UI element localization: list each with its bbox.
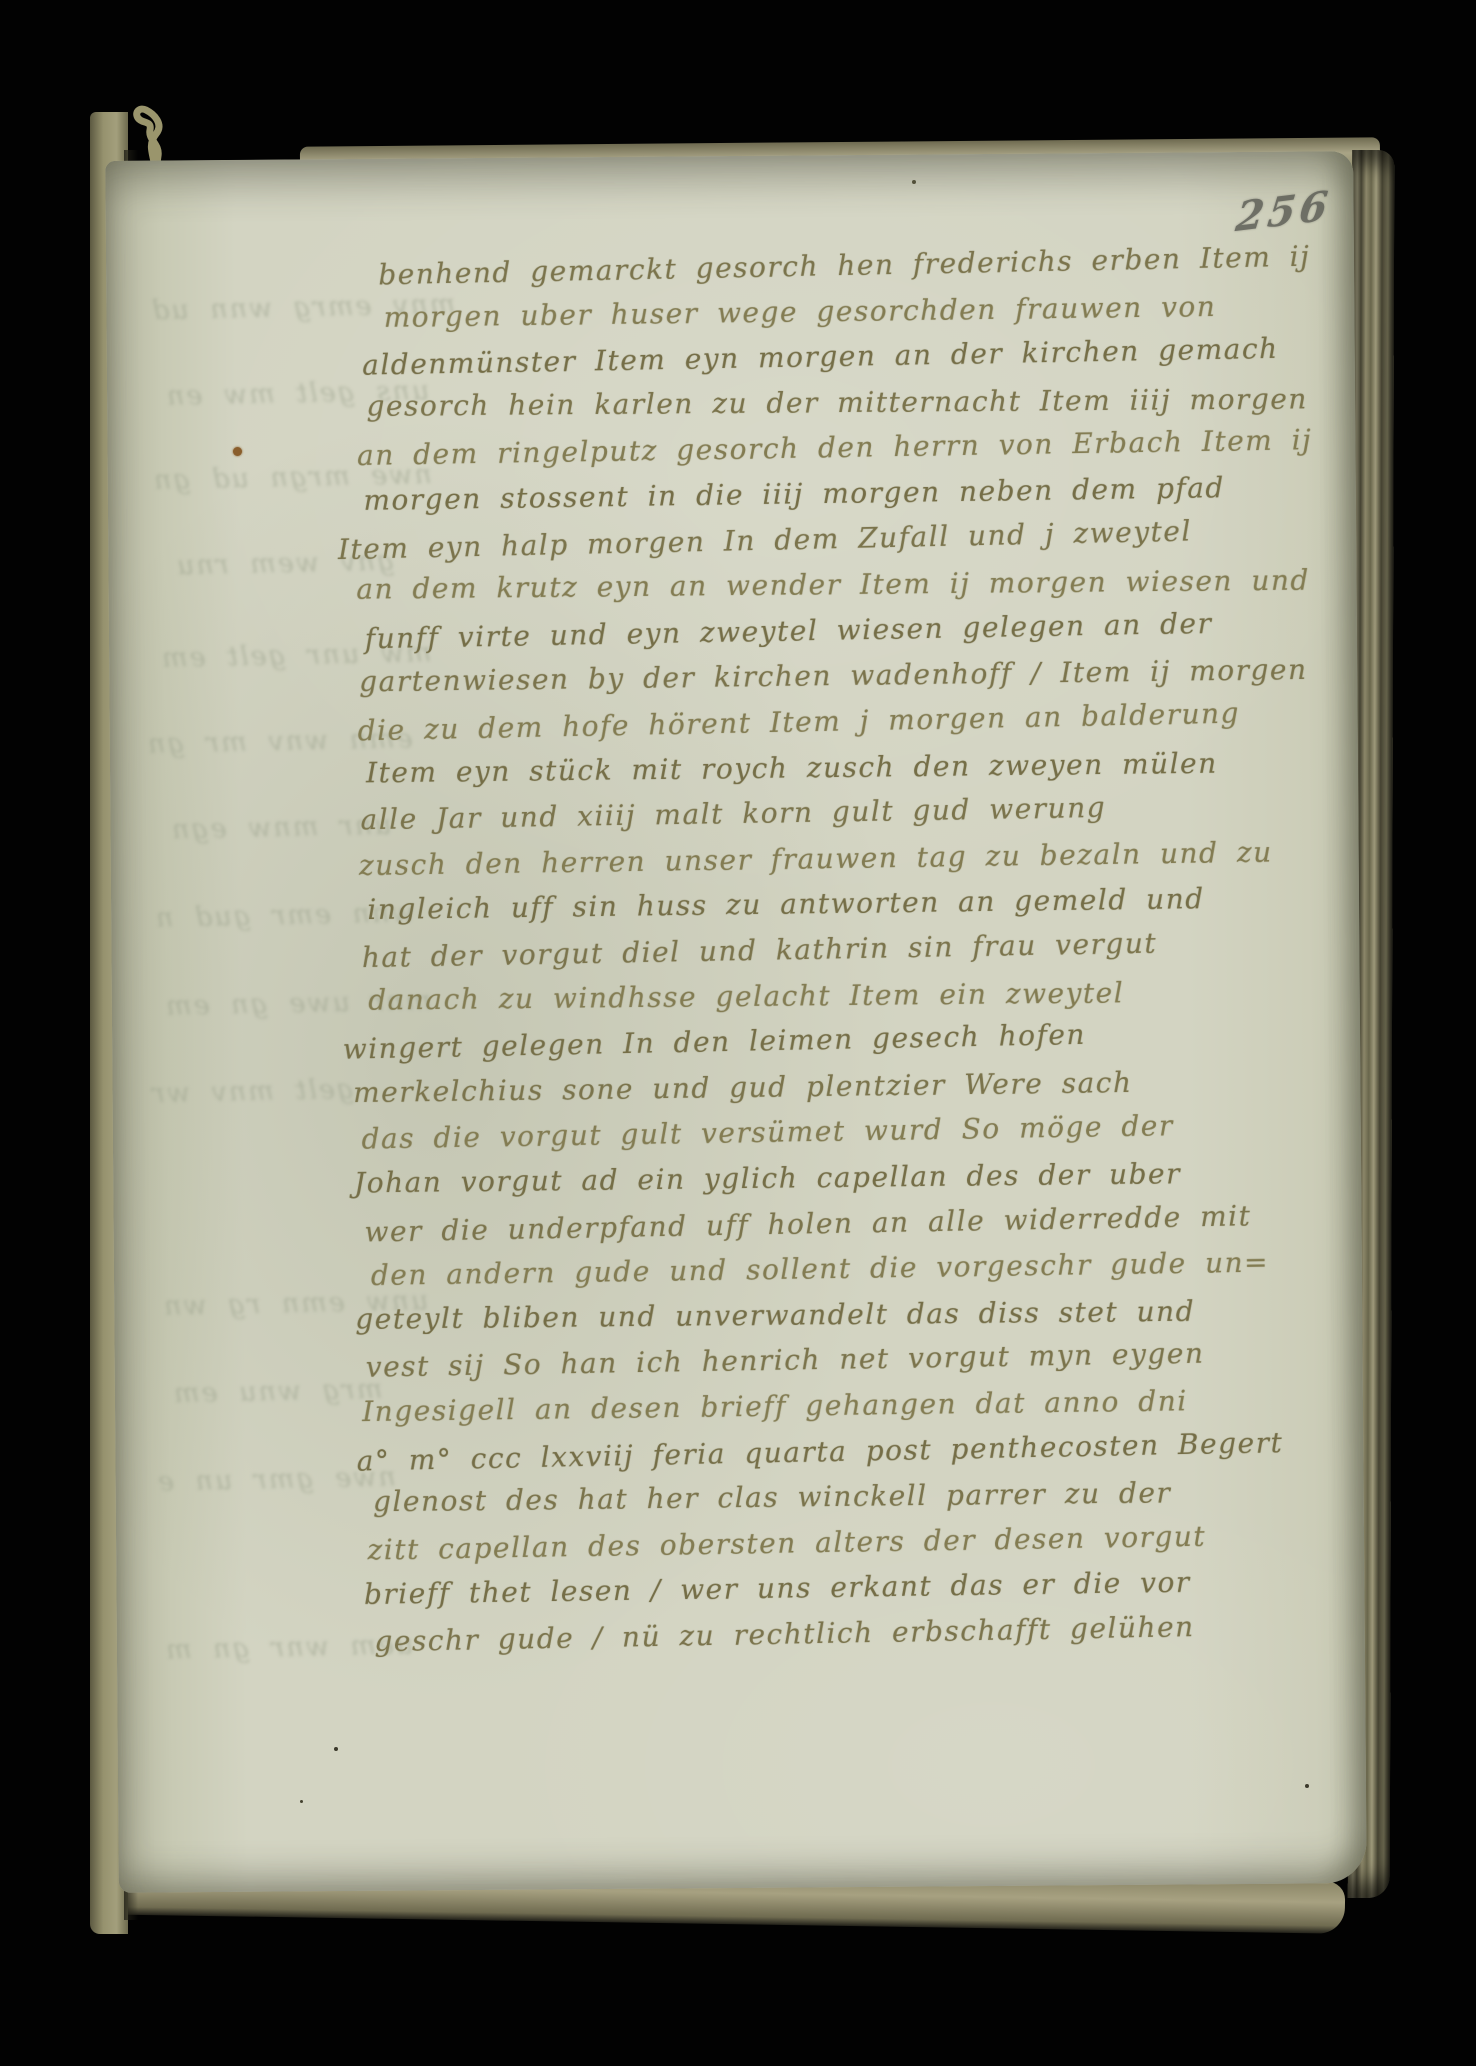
manuscript-line: brieff thet lesen / wer uns erkant das e… — [364, 1569, 1191, 1609]
manuscript-line: Item eyn halp morgen In dem Zufall und j… — [338, 517, 1192, 564]
manuscript-line: danach zu windhsse gelacht Item ein zwey… — [368, 979, 1124, 1014]
manuscript-line: ingleich uff sin huss zu antworten an ge… — [367, 885, 1205, 924]
manuscript-line: a° m° ccc lxxviij feria quarta post pent… — [356, 1429, 1283, 1476]
manuscript-scan: mnv emrg wnn uduns gelt mw ennwe mrgn ud… — [0, 0, 1476, 2066]
manuscript-line: morgen uber huser wege gesorchden frauwe… — [384, 293, 1217, 332]
manuscript-line: wingert gelegen In den leimen gesech hof… — [342, 1021, 1086, 1064]
handwritten-text-block: benhend gemarckt gesorch hen frederichs … — [333, 247, 1357, 1697]
manuscript-line: Ingesigell an desen brieff gehangen dat … — [362, 1387, 1188, 1426]
manuscript-line: alle Jar und xiiij malt korn gult gud we… — [360, 794, 1106, 834]
paper-speck — [300, 1800, 303, 1803]
manuscript-line: geteylt bliben und unverwandelt das diss… — [355, 1298, 1195, 1334]
manuscript-line: wer die underpfand uff holen an alle wid… — [364, 1202, 1251, 1246]
manuscript-line: zitt capellan des obersten alters der de… — [367, 1523, 1206, 1565]
manuscript-line: die zu dem hofe hörent Item j morgen an … — [357, 700, 1240, 746]
manuscript-line: an dem krutz eyn an wender Item ij morge… — [356, 567, 1310, 604]
paper-speck — [334, 1747, 338, 1751]
paper-speck — [912, 180, 916, 184]
manuscript-line: den andern gude und sollent die vorgesch… — [371, 1249, 1270, 1290]
ink-stain-dot — [233, 447, 242, 456]
paper-speck — [1305, 1784, 1309, 1788]
manuscript-line: zusch den herren unser frauwen tag zu be… — [359, 838, 1273, 880]
manuscript-line: gartenwiesen by der kirchen wadenhoff / … — [359, 656, 1308, 696]
ghost-text-line: gelt mnv wr — [150, 1074, 355, 1109]
manuscript-line: gesorch hein karlen zu der mitternacht I… — [366, 385, 1308, 420]
manuscript-line: aldenmünster Item eyn morgen an der kirc… — [362, 335, 1279, 380]
manuscript-line: funff virte und eyn zweytel wiesen geleg… — [365, 610, 1213, 654]
manuscript-line: vest sij So han ich henrich net vorgut m… — [366, 1340, 1205, 1382]
manuscript-line: Johan vorgut ad ein yglich capellan des … — [354, 1160, 1181, 1197]
manuscript-line: geschr gude / nü zu rechtlich erbschafft… — [374, 1613, 1195, 1656]
manuscript-line: merkelchius sone und gud plentzier Were … — [353, 1069, 1133, 1107]
manuscript-line: hat der vorgut diel und kathrin sin frau… — [362, 930, 1158, 973]
manuscript-line: morgen stossent in die iiij morgen neben… — [363, 474, 1225, 515]
manuscript-line: Item eyn stück mit roych zusch den zweye… — [366, 750, 1218, 788]
manuscript-line: glenost des hat her clas winckell parrer… — [373, 1479, 1172, 1516]
manuscript-line: an dem ringelputz gesorch den herrn von … — [357, 426, 1313, 470]
manuscript-line: das die vorgut gult versümet wurd So mög… — [361, 1112, 1174, 1153]
